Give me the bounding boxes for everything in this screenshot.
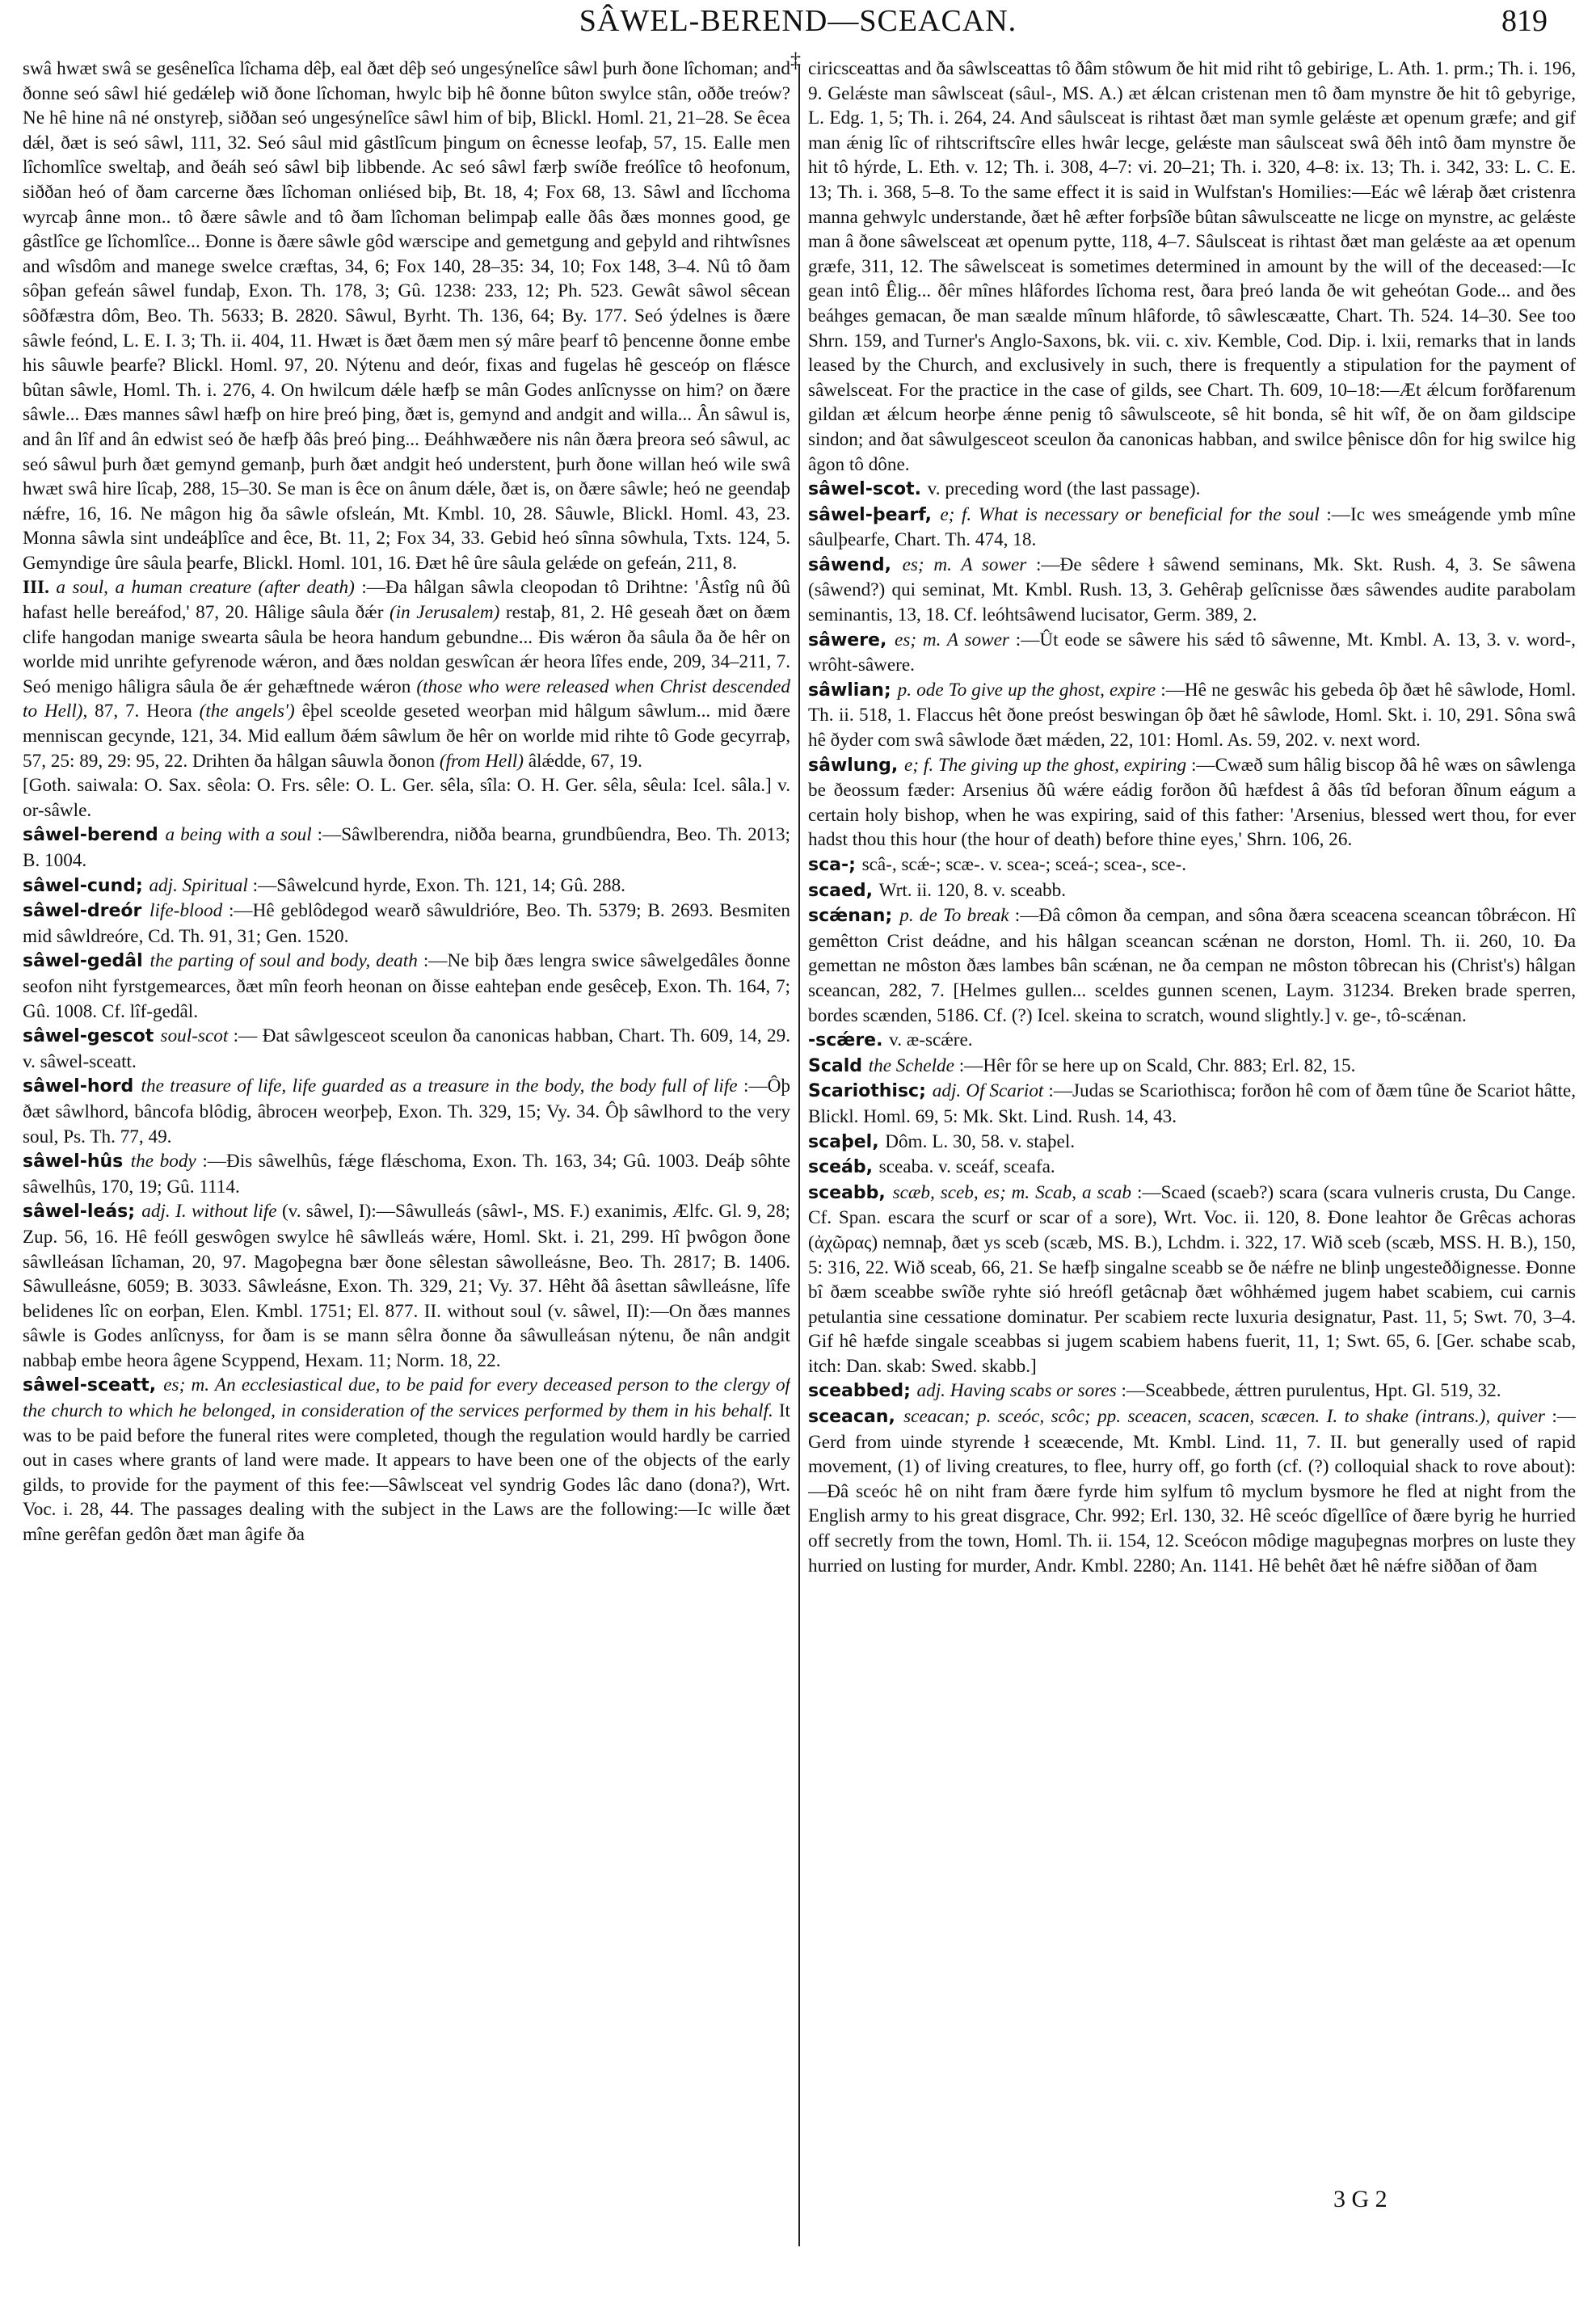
dictionary-entry: sca-; scâ-, scǽ-; scæ-. v. scea-; sceá-;… [808,852,1576,878]
dictionary-entry: sâwel-cund; adj. Spiritual :—Sâwelcund h… [23,873,790,899]
dictionary-entry: Scariothisc; adj. Of Scariot :—Judas se … [808,1079,1576,1129]
headword: sâwere, [808,630,895,650]
entry-body: v. preceding word (the last passage). [928,478,1201,499]
sense-text: 87, 7. Heora [95,701,192,722]
entry-body: Wrt. ii. 120, 8. v. sceabb. [879,880,1066,901]
dictionary-entry: sâwel-gescot soul-scot :— Ðat sâwlgesceo… [23,1024,790,1074]
definition: p. ode To give up the ghost, expire [898,680,1161,701]
page-header: SÂWEL-BEREND—SCEACAN. 819 [0,0,1596,48]
entry-body: (v. sâwel, I):—Sâwulleás (sâwl-, MS. F.)… [23,1201,790,1371]
headword: sâwlung, [808,756,904,776]
headword: sâwel-sceatt, [23,1375,163,1395]
definition: es; m. A sower [903,554,1036,575]
dictionary-entry: sceáb, sceaba. v. sceáf, sceafa. [808,1155,1576,1181]
definition: life-blood [149,900,229,921]
dictionary-entry: Scald the Schelde :—Hêr fôr se here up o… [808,1054,1576,1080]
headword: sâwel-scot. [808,479,928,499]
definition: the Schelde [869,1055,959,1076]
right-column: ciricsceattas and ða sâwlsceattas tô ðâm… [808,57,1576,2254]
column-divider [798,65,800,2246]
definition: adj. Spiritual [149,875,252,896]
dictionary-entry: scǽnan; p. de To break :—Ðâ cômon ða cem… [808,903,1576,1028]
dictionary-entry: sâwlung, e; f. The giving up the ghost, … [808,753,1576,852]
dictionary-entry: sâwend, es; m. A sower :—Ðe sêdere ł sâw… [808,553,1576,628]
dictionary-entry: scaed, Wrt. ii. 120, 8. v. sceabb. [808,878,1576,904]
entry-body: :—Hêr fôr se here up on Scald, Chr. 883;… [959,1055,1356,1076]
entry-body: :—Gerd from uinde styrende ł sceæcende, … [808,1406,1576,1576]
definition: the treasure of life, life guarded as a … [141,1076,744,1097]
signature-mark: 3 G 2 [1333,2186,1388,2213]
entry-body: Dôm. L. 30, 58. v. staþel. [885,1131,1075,1152]
sense-italic: (from Hell) [440,751,524,772]
sense-label: III. [23,577,49,598]
headword: scaþel, [808,1132,885,1152]
dictionary-entry: -scǽre. v. æ-scǽre. [808,1028,1576,1054]
headword: sca-; [808,855,862,875]
headword: sâwel-hûs [23,1151,131,1172]
headword: Scariothisc; [808,1081,933,1101]
headword: sâwel-gedâl [23,951,150,971]
running-title: SÂWEL-BEREND—SCEACAN. [0,3,1596,39]
definition: e; f. What is necessary or beneficial fo… [940,504,1326,525]
dictionary-entry: sâwel-leás; adj. I. without life (v. sâw… [23,1199,790,1373]
entry-body: It was to be paid before the funeral rit… [23,1400,790,1545]
definition: soul-scot [161,1025,234,1046]
dictionary-entry: sâwel-gedâl the parting of soul and body… [23,949,790,1024]
entry-body: :—Sceabbede, ǽttren purulentus, Hpt. Gl.… [1121,1380,1501,1401]
dictionary-entry: sâwere, es; m. A sower :—Ût eode se sâwe… [808,628,1576,678]
continuation-text: swâ hwæt swâ se gesênelîca lîchama dêþ, … [23,57,790,575]
definition: scæb, sceb, es; m. Scab, a scab [893,1182,1137,1203]
definition: adj. I. without life [141,1201,282,1222]
headword: sâwel-þearf, [808,505,940,525]
headword: sâwel-cund; [23,876,149,896]
headword: sâwel-berend [23,825,166,845]
dictionary-entry: sâwel-sceatt, es; m. An ecclesiastical d… [23,1373,790,1547]
headword: scaed, [808,881,879,901]
sense-iii: III. a soul, a human creature (after dea… [23,575,790,773]
headword: scǽnan; [808,906,899,926]
sense-text: âlǽdde, 67, 19. [528,751,642,772]
dictionary-entry: sceabb, scæb, sceb, es; m. Scab, a scab … [808,1181,1576,1379]
definition: sceacan; p. sceóc, scôc; pp. sceacen, sc… [903,1406,1552,1427]
definition: the parting of soul and body, death [150,950,423,971]
dictionary-entry: sceacan, sceacan; p. sceóc, scôc; pp. sc… [808,1404,1576,1578]
entry-list: sâwel-scot. v. preceding word (the last … [808,477,1576,1578]
sense-italic: (in Jerusalem) [390,602,499,623]
dictionary-entry: sâwel-dreór life-blood :—Hê geblôdegod w… [23,899,790,949]
dictionary-entry: sâwlian; p. ode To give up the ghost, ex… [808,678,1576,753]
dictionary-entry: sceabbed; adj. Having scabs or sores :—S… [808,1379,1576,1404]
dictionary-entry: sâwel-hûs the body :—Ðis sâwelhûs, fǽge … [23,1149,790,1199]
headword: sâwel-dreór [23,901,149,921]
entry-body: :—Sâwelcund hyrde, Exon. Th. 121, 14; Gû… [253,875,625,896]
definition: adj. Having scabs or sores [917,1380,1122,1401]
entry-body: scâ-, scǽ-; scæ-. v. scea-; sceá-; scea-… [862,854,1187,875]
definition: es; m. A sower [895,629,1016,650]
headword: sceabb, [808,1183,893,1203]
definition: adj. Of Scariot [933,1080,1049,1101]
headword: sâwel-hord [23,1076,141,1097]
headword: Scald [808,1056,869,1076]
headword: sâwel-leás; [23,1202,141,1222]
left-column: swâ hwæt swâ se gesênelîca lîchama dêþ, … [23,57,790,2254]
dictionary-entry: sâwel-berend a being with a soul :—Sâwlb… [23,823,790,873]
headword: sceáb, [808,1157,879,1177]
page-number: 819 [1501,3,1548,39]
headword: sâwlian; [808,680,898,701]
definition: e; f. The giving up the ghost, expiring [904,755,1191,776]
sense-def-2: (after death) [259,577,355,598]
dictionary-entry: sâwel-scot. v. preceding word (the last … [808,477,1576,503]
dictionary-entry: scaþel, Dôm. L. 30, 58. v. staþel. [808,1130,1576,1155]
headword: sâwel-gescot [23,1026,161,1046]
dictionary-entry: sâwel-hord the treasure of life, life gu… [23,1074,790,1149]
entry-list: sâwel-berend a being with a soul :—Sâwlb… [23,823,790,1547]
sense-italic: (the angels') [200,701,295,722]
entry-body: sceaba. v. sceáf, sceafa. [879,1156,1055,1177]
headword: -scǽre. [808,1030,889,1050]
definition: a being with a soul [166,824,318,845]
entry-body: :—Scaed (scaeb?) scara (scara vulneris c… [808,1182,1576,1377]
definition: the body [131,1151,203,1172]
headword: sâwend, [808,555,903,575]
sense-def: a soul, a human creature [56,577,251,598]
dictionary-entry: sâwel-þearf, e; f. What is necessary or … [808,503,1576,553]
continuation-text: ciricsceattas and ða sâwlsceattas tô ðâm… [808,57,1576,477]
definition: p. de To break [899,905,1015,926]
headword: sceacan, [808,1407,903,1427]
headword: sceabbed; [808,1381,917,1401]
entry-body: v. æ-scǽre. [889,1029,972,1050]
cognates: [Goth. saiwala: O. Sax. sêola: O. Frs. s… [23,773,790,823]
